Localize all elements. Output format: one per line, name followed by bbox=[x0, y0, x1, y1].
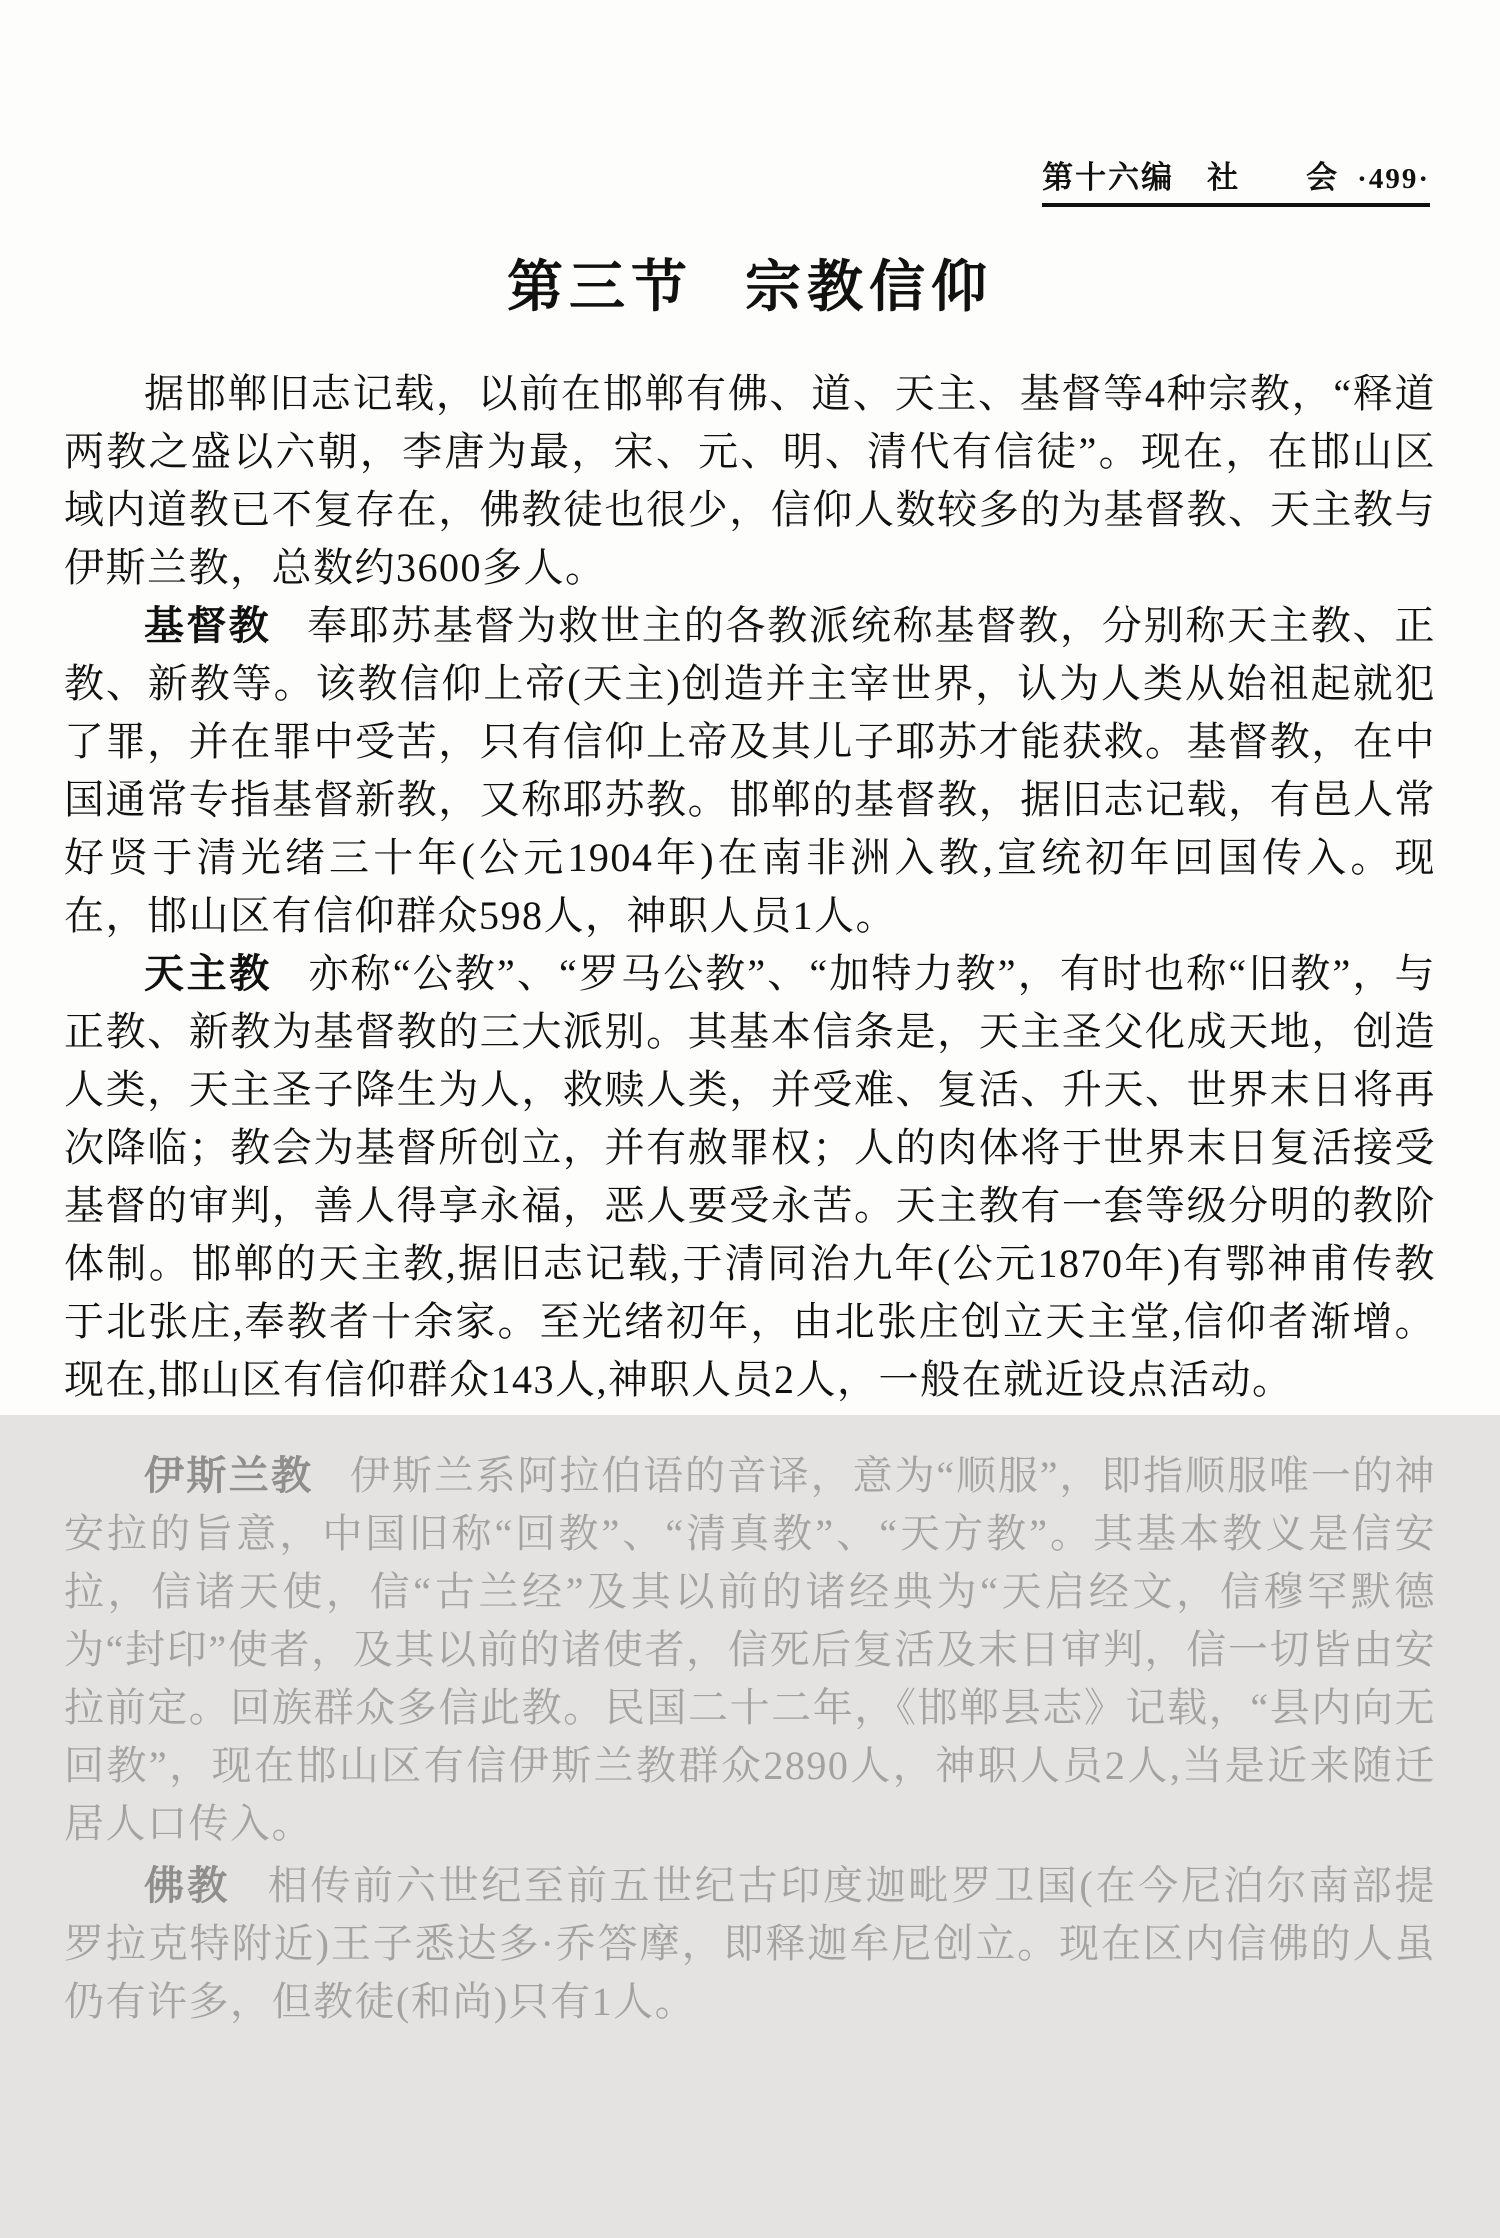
running-header: 第十六编 社 会·499· bbox=[65, 152, 1430, 207]
paragraph-lead-term: 天主教 bbox=[144, 951, 272, 996]
paragraph: 天主教亦称“公教”、“罗马公教”、“加特力教”，有时也称“旧教”，与正教、新教为… bbox=[64, 945, 1436, 1409]
faded-scan-region: 伊斯兰教伊斯兰系阿拉伯语的音译，意为“顺服”，即指顺服唯一的神安拉的旨意，中国旧… bbox=[0, 1415, 1500, 2238]
book-section-label: 第十六编 bbox=[1042, 160, 1174, 195]
chapter-title-label: 社 会 bbox=[1207, 160, 1339, 195]
paragraph: 基督教奉耶苏基督为救世主的各教派统称基督教，分别称天主教、正教、新教等。该教信仰… bbox=[64, 597, 1436, 945]
faded-document-body: 伊斯兰教伊斯兰系阿拉伯语的音译，意为“顺服”，即指顺服唯一的神安拉的旨意，中国旧… bbox=[64, 1447, 1436, 2031]
section-title: 第三节宗教信仰 bbox=[0, 243, 1500, 323]
section-name: 宗教信仰 bbox=[745, 257, 993, 319]
section-number: 第三节 bbox=[507, 257, 693, 319]
paragraph: 伊斯兰教伊斯兰系阿拉伯语的音译，意为“顺服”，即指顺服唯一的神安拉的旨意，中国旧… bbox=[64, 1447, 1436, 1853]
document-body: 据邯郸旧志记载，以前在邯郸有佛、道、天主、基督等4种宗教，“释道两教之盛以六朝，… bbox=[64, 365, 1436, 1409]
page-number: ·499· bbox=[1357, 163, 1430, 195]
paragraph: 据邯郸旧志记载，以前在邯郸有佛、道、天主、基督等4种宗教，“释道两教之盛以六朝，… bbox=[64, 365, 1436, 597]
paragraph: 佛教相传前六世纪至前五世纪古印度迦毗罗卫国(在今尼泊尔南部提罗拉克特附近)王子悉… bbox=[64, 1857, 1436, 2031]
book-page: 第十六编 社 会·499· 第三节宗教信仰 据邯郸旧志记载，以前在邯郸有佛、道、… bbox=[0, 0, 1500, 2238]
paragraph-lead-term: 基督教 bbox=[144, 603, 271, 648]
paragraph-lead-term: 佛教 bbox=[144, 1863, 230, 1908]
paragraph-lead-term: 伊斯兰教 bbox=[144, 1453, 314, 1498]
running-header-text: 第十六编 社 会·499· bbox=[1042, 152, 1430, 207]
